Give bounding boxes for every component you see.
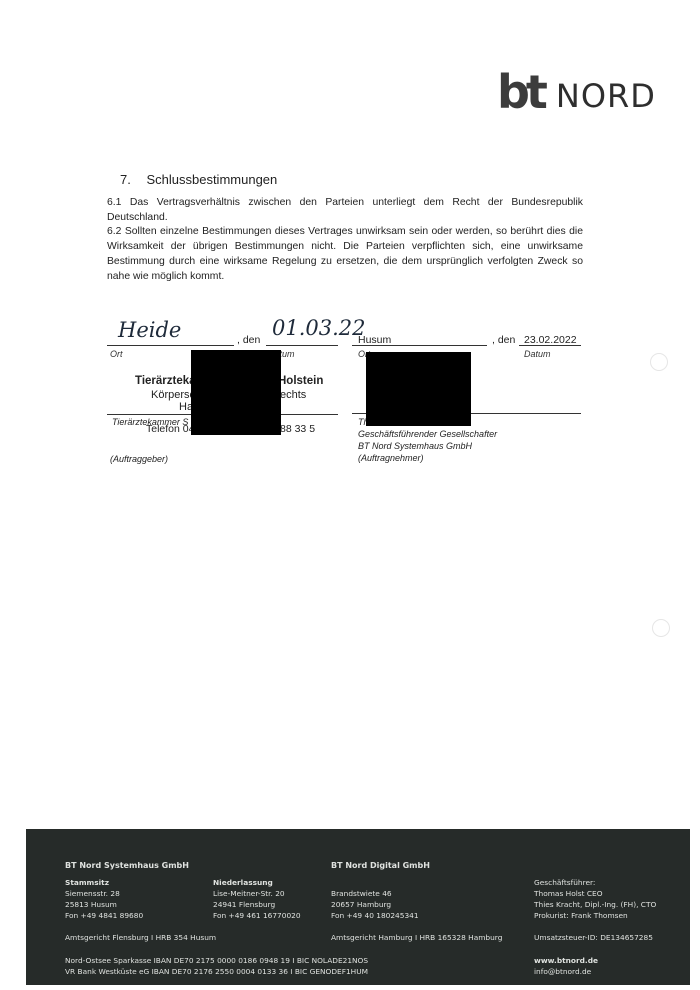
- footer-company-2: BT Nord Digital GmbH: [331, 860, 430, 871]
- footer-digital-city: 20657 Hamburg: [331, 899, 391, 910]
- footer-website-link[interactable]: www.btnord.de: [534, 955, 598, 966]
- footer-hq-street: Siemensstr. 28: [65, 888, 120, 899]
- date-handwritten: 01.03.22: [272, 316, 366, 340]
- logo-text: NORD: [556, 80, 656, 112]
- footer-branch-street: Lise-Meitner-Str. 20: [213, 888, 285, 899]
- company-footer: BT Nord Systemhaus GmbH Stammsitz Siemen…: [26, 829, 690, 985]
- place-line: [352, 345, 487, 346]
- redaction-box: [366, 352, 471, 426]
- section-number: 7.: [120, 172, 131, 187]
- stamp-line-1a: Tierärzteka: [135, 375, 196, 387]
- date-caption: Datum: [524, 349, 551, 359]
- footer-digital-phone: Fon +49 40 180245341: [331, 910, 419, 921]
- footer-hq-label: Stammsitz: [65, 877, 109, 888]
- section-heading: 7. Schlussbestimmungen: [120, 172, 277, 187]
- stamp-phone-b: 88 33 5: [280, 423, 315, 435]
- footer-digital-street: Brandstwiete 46: [331, 888, 392, 899]
- place-handwritten: Heide: [118, 318, 181, 342]
- role-client: (Auftraggeber): [110, 453, 168, 465]
- footer-register-2: Amtsgericht Hamburg I HRB 165328 Hamburg: [331, 932, 502, 943]
- signatory-company: BT Nord Systemhaus GmbH: [358, 440, 472, 452]
- footer-md-label: Geschäftsführer:: [534, 877, 595, 888]
- footer-md-1: Thomas Holst CEO: [534, 888, 603, 899]
- redaction-box: [191, 350, 281, 435]
- footer-bank-1: Nord-Ostsee Sparkasse IBAN DE70 2175 000…: [65, 955, 368, 966]
- footer-hq-phone: Fon +49 4841 89680: [65, 910, 143, 921]
- footer-branch-phone: Fon +49 461 16770020: [213, 910, 301, 921]
- date-line: [519, 345, 581, 346]
- footer-bank-2: VR Bank Westküste eG IBAN DE70 2176 2550…: [65, 966, 368, 977]
- den-label: , den: [237, 334, 260, 346]
- section-title: Schlussbestimmungen: [146, 172, 277, 187]
- logo-mark: bt: [497, 72, 544, 112]
- footer-prokurist: Prokurist: Frank Thomsen: [534, 910, 628, 921]
- footer-branch-label: Niederlassung: [213, 877, 273, 888]
- stamp-line-1b: Holstein: [278, 375, 323, 387]
- footer-register-1: Amtsgericht Flensburg I HRB 354 Husum: [65, 932, 216, 943]
- place-caption: Ort: [110, 349, 123, 359]
- footer-company-1: BT Nord Systemhaus GmbH: [65, 860, 189, 871]
- paragraph-6-2: 6.2 Sollten einzelne Bestimmungen dieses…: [107, 224, 583, 284]
- stamp-line-2b: echts: [280, 389, 306, 401]
- company-logo: bt NORD: [497, 72, 656, 112]
- signatory-title: Geschäftsführender Gesellschafter: [358, 428, 497, 440]
- punch-hole-mark: [652, 619, 670, 637]
- footer-vat-id: Umsatzsteuer-ID: DE134657285: [534, 932, 653, 943]
- footer-hq-city: 25813 Husum: [65, 899, 117, 910]
- footer-branch-city: 24941 Flensburg: [213, 899, 275, 910]
- footer-md-2: Thies Kracht, Dipl.-Ing. (FH), CTO: [534, 899, 656, 910]
- paragraph-6-1: 6.1 Das Vertragsverhältnis zwischen den …: [107, 195, 583, 225]
- role-contractor: (Auftragnehmer): [358, 452, 424, 464]
- date-line: [266, 345, 338, 346]
- footer-email-link[interactable]: info@btnord.de: [534, 966, 591, 977]
- place-line: [107, 345, 234, 346]
- punch-hole-mark: [650, 353, 668, 371]
- den-label: , den: [492, 334, 515, 346]
